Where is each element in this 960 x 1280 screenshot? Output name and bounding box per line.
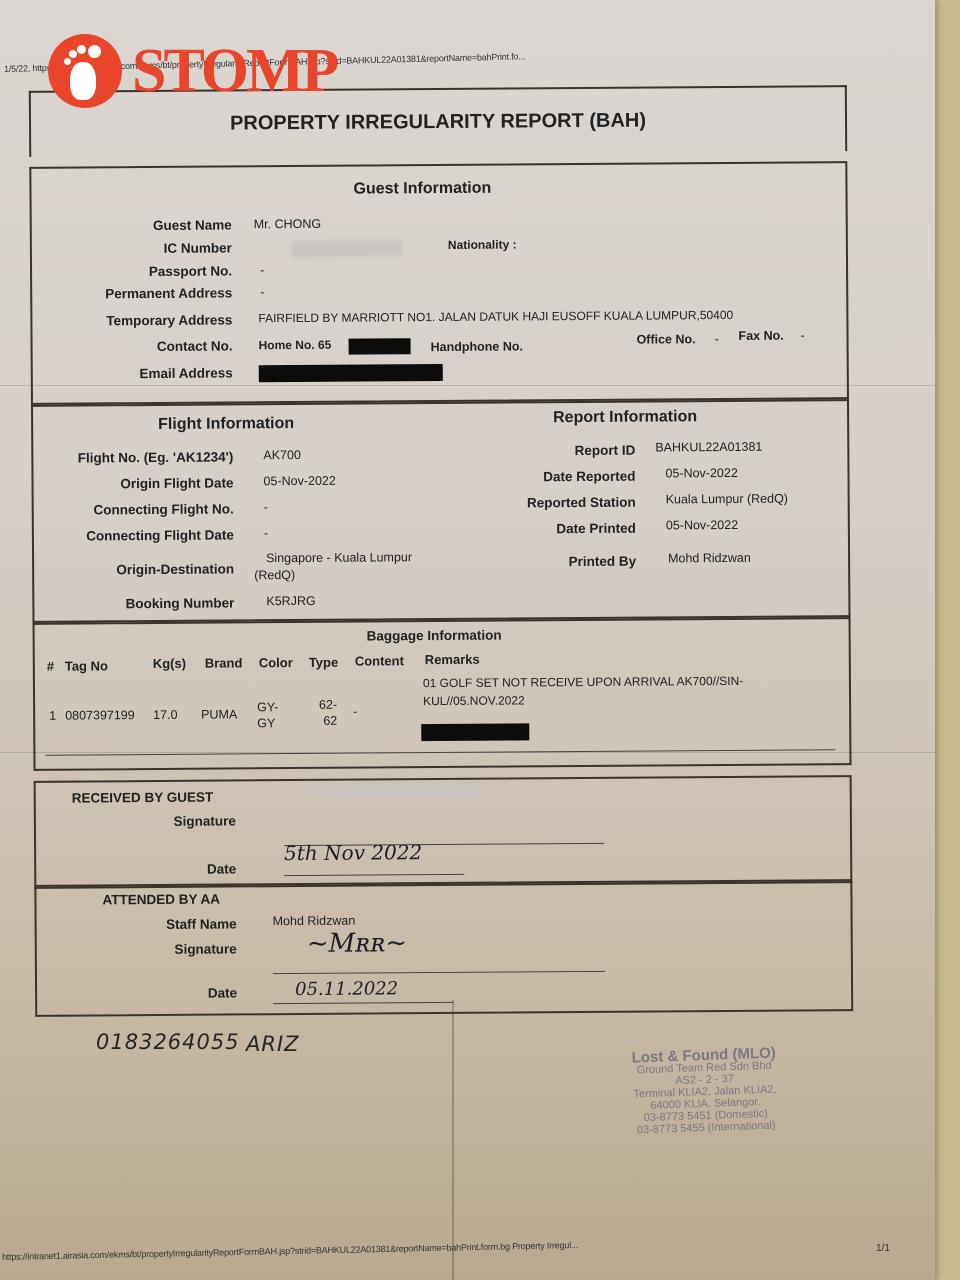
- connecting-flight-value: -: [264, 500, 268, 514]
- booking-number-value: K5RJRG: [266, 594, 315, 608]
- guest-information-section: Guest Information Guest Name Mr. CHONG I…: [29, 161, 849, 407]
- flight-report-section: Flight Information Flight No. (Eg. 'AK12…: [31, 397, 851, 625]
- origin-date-value: 05-Nov-2022: [263, 474, 335, 489]
- home-no-value: Home No. 65: [259, 338, 332, 353]
- row-brand: PUMA: [201, 707, 237, 721]
- reported-station-value: Kuala Lumpur (RedQ): [666, 492, 788, 507]
- row-tag: 0807397199: [65, 708, 135, 722]
- staff-signature-line: [273, 971, 605, 974]
- date-printed-value: 05-Nov-2022: [666, 518, 738, 533]
- origin-destination-value-2: (RedQ): [254, 568, 295, 582]
- connecting-flight-label: Connecting Flight No.: [93, 501, 233, 517]
- staff-date-line: [273, 1002, 453, 1004]
- temporary-address-label: Temporary Address: [106, 312, 232, 328]
- logo-text: STOMP: [132, 40, 336, 102]
- guest-signature-label: Signature: [174, 813, 236, 828]
- reported-station-label: Reported Station: [527, 495, 636, 511]
- col-type: Type: [309, 655, 338, 670]
- contact-label: Contact No.: [157, 338, 233, 354]
- passport-value: -: [260, 263, 264, 277]
- col-color: Color: [259, 655, 293, 670]
- row-kg: 17.0: [153, 708, 177, 722]
- date-reported-value: 05-Nov-2022: [665, 466, 737, 481]
- redacted-email: [259, 364, 443, 382]
- connecting-date-value: -: [264, 526, 268, 540]
- date-reported-label: Date Reported: [543, 469, 635, 485]
- staff-signature: ~Mʀʀ~: [307, 928, 408, 959]
- col-remarks: Remarks: [425, 652, 480, 667]
- col-kg: Kg(s): [153, 656, 186, 671]
- office-label: Office No.: [637, 332, 696, 346]
- flight-no-value: AK700: [263, 448, 301, 462]
- connecting-date-label: Connecting Flight Date: [86, 527, 234, 543]
- redacted-ic: [292, 240, 402, 257]
- staff-signature-label: Signature: [174, 941, 236, 956]
- col-tag-no: Tag No: [65, 658, 108, 673]
- ic-number-label: IC Number: [164, 240, 232, 255]
- paper-document: 1/5/22, https://intranet1.airasia.com/ek…: [0, 0, 935, 1280]
- nationality-label: Nationality :: [448, 237, 517, 251]
- row-divider: [45, 749, 835, 756]
- footer-url: https://intranet1.airasia.com/ekms/bt/pr…: [2, 1240, 578, 1262]
- received-heading: RECEIVED BY GUEST: [72, 790, 214, 806]
- staff-name-value: Mohd Ridzwan: [273, 914, 356, 929]
- date-printed-label: Date Printed: [556, 521, 636, 537]
- page-number: 1/1: [876, 1243, 890, 1254]
- guest-date-handwritten: 5th Nov 2022: [284, 840, 422, 865]
- row-remarks-line1: 01 GOLF SET NOT RECEIVE UPON ARRIVAL AK7…: [423, 674, 743, 690]
- printed-by-label: Printed By: [569, 554, 637, 569]
- handwritten-name: ARIZ: [246, 1032, 300, 1056]
- report-id-label: Report ID: [575, 443, 636, 458]
- office-value: -: [714, 332, 718, 346]
- redacted-remarks: [421, 723, 529, 741]
- stomp-logo: STOMP: [48, 34, 336, 108]
- report-id-value: BAHKUL22A01381: [655, 440, 762, 455]
- attended-by-aa-section: ATTENDED BY AA Staff Name Mohd Ridzwan S…: [34, 879, 853, 1017]
- section-heading: Guest Information: [353, 180, 491, 199]
- booking-number-label: Booking Number: [126, 595, 235, 611]
- printed-by-value: Mohd Ridzwan: [668, 551, 751, 566]
- fax-label: Fax No.: [738, 329, 783, 343]
- row-type: 62- 62: [307, 697, 337, 729]
- row-remarks-line2: KUL//05.NOV.2022: [423, 693, 525, 708]
- permanent-address-value: -: [260, 285, 264, 299]
- temporary-address-value: FAIRFIELD BY MARRIOTT NO1. JALAN DATUK H…: [258, 308, 733, 325]
- guest-date-label: Date: [207, 861, 236, 876]
- guest-date-line: [284, 874, 464, 876]
- origin-date-label: Origin Flight Date: [120, 475, 233, 491]
- guest-name-label: Guest Name: [153, 217, 232, 233]
- guest-name-value: Mr. CHONG: [254, 217, 321, 231]
- handwritten-phone: 0183264055: [96, 1030, 240, 1054]
- origin-destination-label: Origin-Destination: [116, 561, 234, 577]
- origin-destination-value: Singapore - Kuala Lumpur: [266, 550, 412, 565]
- staff-date-label: Date: [208, 985, 237, 1000]
- section-heading: Report Information: [553, 408, 697, 427]
- passport-label: Passport No.: [149, 263, 232, 279]
- footprint-icon: [48, 34, 122, 108]
- staff-date-handwritten: 05.11.2022: [295, 978, 398, 1000]
- section-heading: Flight Information: [158, 415, 294, 434]
- lost-found-stamp: Lost & Found (MLO) Ground Team Red Sdn B…: [599, 1046, 812, 1137]
- baggage-information-section: Baggage Information # Tag No Kg(s) Brand…: [32, 615, 851, 771]
- flight-no-label: Flight No. (Eg. 'AK1234'): [78, 449, 234, 465]
- col-content: Content: [355, 653, 404, 668]
- row-color: GY- GY: [257, 699, 278, 731]
- email-label: Email Address: [139, 365, 232, 381]
- col-num: #: [47, 659, 54, 674]
- redacted-home-no: [349, 338, 411, 354]
- report-form: PROPERTY IRREGULARITY REPORT (BAH) Guest…: [29, 85, 853, 1011]
- attended-heading: ATTENDED BY AA: [102, 892, 220, 908]
- col-brand: Brand: [205, 655, 243, 670]
- section-heading: Baggage Information: [367, 628, 502, 644]
- handphone-label: Handphone No.: [431, 339, 523, 354]
- received-by-guest-section: RECEIVED BY GUEST Signature Date 5th Nov…: [34, 775, 853, 889]
- row-content: -: [353, 705, 357, 719]
- permanent-address-label: Permanent Address: [105, 285, 232, 301]
- row-num: 1: [49, 709, 56, 723]
- staff-name-label: Staff Name: [166, 916, 237, 931]
- redacted-received: [304, 784, 484, 797]
- paper-fold: [452, 1000, 454, 1280]
- fax-value: -: [800, 328, 804, 342]
